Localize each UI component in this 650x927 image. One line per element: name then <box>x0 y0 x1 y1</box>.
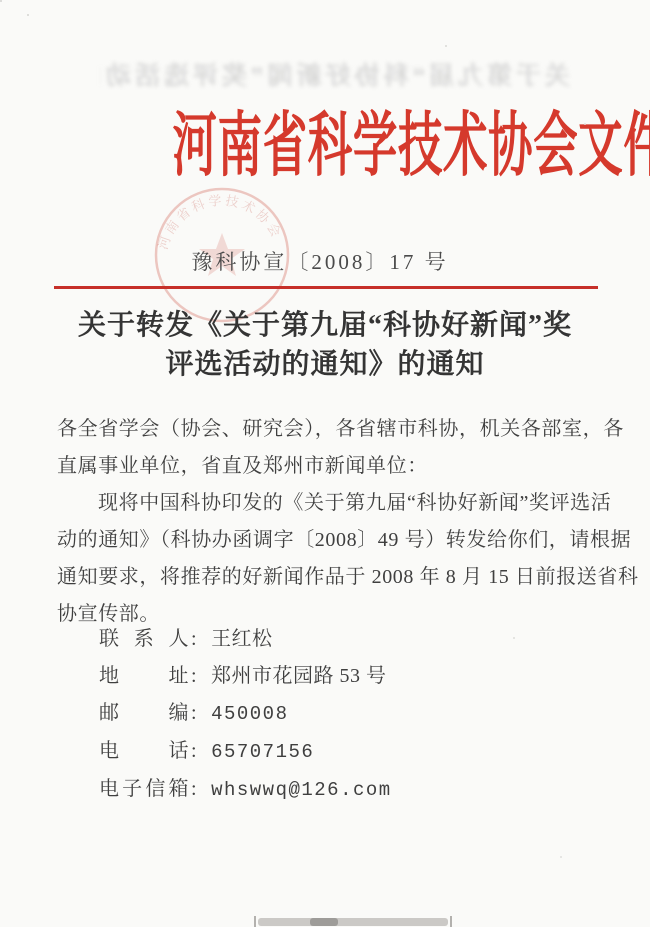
contact-person-value: 王红松 <box>211 628 273 650</box>
document-title-line2: 评选活动的通知》的通知 <box>0 345 650 384</box>
phone-label: 电话 <box>99 733 189 770</box>
colon: : <box>191 621 197 658</box>
scan-noise-speckles <box>0 0 2 2</box>
red-divider-line <box>54 286 598 289</box>
document-number: 豫科协宣〔2008〕17 号 <box>0 246 640 276</box>
salutation-line-1: 各全省学会（协会、研究会），各省辖市科协，机关各部室，各 <box>57 411 605 448</box>
document-title-line1: 关于转发《关于第九届“科协好新闻”奖 <box>0 306 650 345</box>
contact-info-block: 联系人:王红松 地址:郑州市花园路 53 号 邮编:450008 电话:6570… <box>99 621 392 809</box>
contact-person-row: 联系人:王红松 <box>99 621 392 658</box>
colon: : <box>191 733 197 770</box>
address-row: 地址:郑州市花园路 53 号 <box>99 658 392 695</box>
document-title: 关于转发《关于第九届“科协好新闻”奖 评选活动的通知》的通知 <box>0 306 650 384</box>
colon: : <box>191 658 197 695</box>
scanned-official-document: 关于第九届“科协好新闻”奖评选活动的通知 河南省科学技术协会 河南省科学技术协会… <box>0 0 650 927</box>
email-label: 电子信箱 <box>99 771 189 808</box>
bleed-through-text: 关于第九届“科协好新闻”奖评选活动的通知 <box>100 56 570 94</box>
letterhead-title-text: 河南省科学技术协会文件 <box>173 106 650 188</box>
contact-person-label: 联系人 <box>99 621 189 658</box>
email-row: 电子信箱:whswwq@126.com <box>99 771 392 809</box>
scan-artifact-next-page-edge <box>258 918 448 926</box>
paragraph-line-2: 动的通知》（科协办函调字〔2008〕49 号）转发给你们，请根据 <box>57 522 605 559</box>
paragraph-line-3: 通知要求，将推荐的好新闻作品于 2008 年 8 月 15 日前报送省科 <box>57 559 605 596</box>
phone-row: 电话:65707156 <box>99 733 392 771</box>
address-label: 地址 <box>99 658 189 695</box>
document-body: 各全省学会（协会、研究会），各省辖市科协，机关各部室，各 直属事业单位，省直及郑… <box>57 411 605 633</box>
salutation-line-2: 直属事业单位，省直及郑州市新闻单位： <box>57 448 605 485</box>
email-value: whswwq@126.com <box>211 779 392 801</box>
letterhead-title: 河南省科学技术协会文件 <box>30 106 635 188</box>
postcode-value: 450008 <box>211 703 288 725</box>
colon: : <box>191 695 197 732</box>
address-value: 郑州市花园路 53 号 <box>211 665 387 687</box>
postcode-row: 邮编:450008 <box>99 695 392 733</box>
colon: : <box>191 771 197 808</box>
paragraph-line-1: 现将中国科协印发的《关于第九届“科协好新闻”奖评选活 <box>57 485 605 522</box>
phone-value: 65707156 <box>211 741 314 763</box>
scan-artifact-dark-segment <box>310 918 338 926</box>
postcode-label: 邮编 <box>99 695 189 732</box>
